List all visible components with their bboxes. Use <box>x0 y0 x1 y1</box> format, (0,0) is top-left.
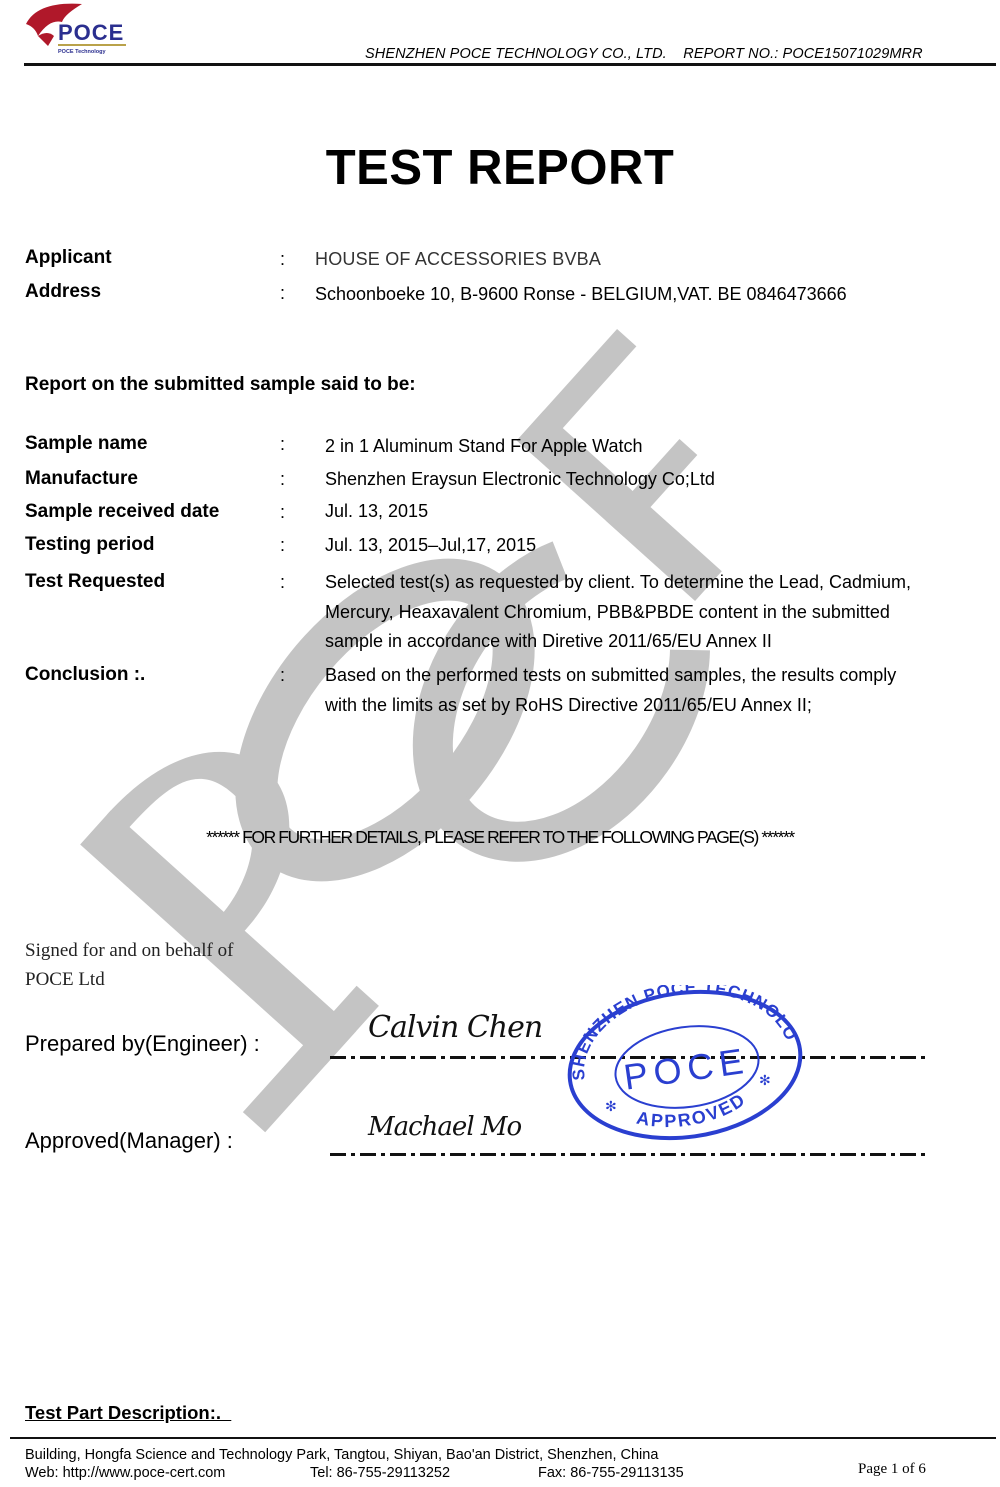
colon: : <box>280 434 285 455</box>
conclusion-line-2: with the limits as set by RoHS Directive… <box>325 690 965 720</box>
stamp-center-text: POCE <box>621 1039 752 1097</box>
colon: : <box>280 283 285 304</box>
signed-company: POCE Ltd <box>25 969 105 991</box>
signed-on-behalf: Signed for and on behalf of <box>25 940 233 962</box>
conclusion-label: Conclusion :. <box>25 664 145 686</box>
page-number: Page 1 of 6 <box>858 1461 926 1478</box>
prepared-by-label: Prepared by(Engineer) : <box>25 1031 260 1057</box>
testing-period-value: Jul. 13, 2015–Jul,17, 2015 <box>325 530 965 560</box>
testing-period-label: Testing period <box>25 534 154 556</box>
colon: : <box>280 665 285 686</box>
header-company: SHENZHEN POCE TECHNOLOGY CO., LTD. <box>365 46 667 62</box>
svg-text:APPROVED: APPROVED <box>635 1089 750 1131</box>
poce-logo: POCE POCE Technology <box>24 2 134 56</box>
report-no-label: REPORT NO.: <box>683 46 778 62</box>
test-requested-line-3: sample in accordance with Diretive 2011/… <box>325 626 965 656</box>
approved-stamp: SHENZHEN POCE TECHNOLOGY CO.,LTD. POCE A… <box>563 985 808 1145</box>
footer-web: Web: http://www.poce-cert.com <box>25 1465 225 1481</box>
applicant-value: HOUSE OF ACCESSORIES BVBA <box>315 244 955 274</box>
test-requested-line-1: Selected test(s) as requested by client.… <box>325 567 965 597</box>
footer-divider <box>10 1437 996 1439</box>
colon: : <box>280 502 285 523</box>
manager-signature: Machael Mo <box>368 1112 521 1142</box>
page-title: TEST REPORT <box>0 140 1000 196</box>
further-details-note: ****** FOR FURTHER DETAILS, PLEASE REFER… <box>0 827 1000 848</box>
stamp-bottom-text: APPROVED <box>635 1089 750 1131</box>
address-value: Schoonboeke 10, B-9600 Ronse - BELGIUM,V… <box>315 279 955 309</box>
poce-watermark <box>0 0 1000 1487</box>
footer-fax: Fax: 86-755-29113135 <box>538 1465 684 1481</box>
colon: : <box>280 535 285 556</box>
report-no: POCE15071029MRR <box>783 46 923 62</box>
manufacture-value: Shenzhen Eraysun Electronic Technology C… <box>325 464 965 494</box>
test-requested-line-2: Mercury, Heaxavalent Chromium, PBB&PBDE … <box>325 597 965 627</box>
received-date-label: Sample received date <box>25 501 219 523</box>
footer-address: Building, Hongfa Science and Technology … <box>25 1447 658 1463</box>
applicant-label: Applicant <box>25 247 112 269</box>
engineer-signature: Calvin Chen <box>368 1010 542 1045</box>
svg-text:✻: ✻ <box>759 1072 771 1088</box>
header-divider <box>24 63 996 66</box>
sample-name-label: Sample name <box>25 433 148 455</box>
approved-by-label: Approved(Manager) : <box>25 1128 233 1154</box>
colon: : <box>280 572 285 593</box>
svg-text:POCE Technology: POCE Technology <box>58 49 107 55</box>
test-part-description-heading: Test Part Description:. <box>25 1402 231 1424</box>
approved-signature-line <box>330 1153 928 1156</box>
header-company-report-no: SHENZHEN POCE TECHNOLOGY CO., LTD. REPOR… <box>365 46 923 62</box>
conclusion-line-1: Based on the performed tests on submitte… <box>325 660 965 690</box>
test-requested-label: Test Requested <box>25 571 165 593</box>
footer-tel: Tel: 86-755-29113252 <box>310 1465 450 1481</box>
manufacture-label: Manufacture <box>25 468 138 490</box>
svg-text:✻: ✻ <box>605 1098 617 1114</box>
colon: : <box>280 249 285 270</box>
received-date-value: Jul. 13, 2015 <box>325 496 965 526</box>
colon: : <box>280 469 285 490</box>
section-heading: Report on the submitted sample said to b… <box>25 374 416 396</box>
svg-text:POCE: POCE <box>58 20 124 45</box>
sample-name-value: 2 in 1 Aluminum Stand For Apple Watch <box>325 431 965 461</box>
address-label: Address <box>25 281 101 303</box>
